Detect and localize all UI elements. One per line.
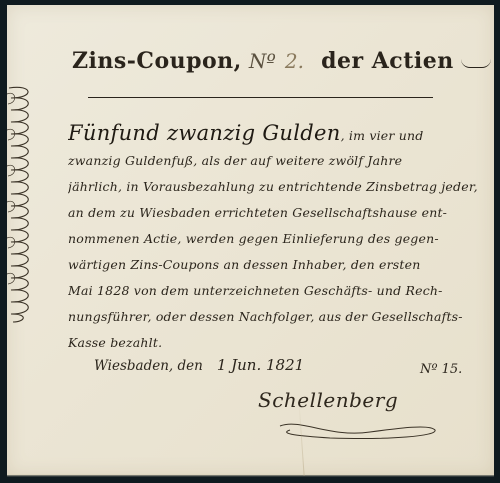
place: Wiesbaden, den <box>94 358 203 374</box>
body-line-text: nungsführer, oder dessen Nachfolger, aus… <box>68 309 463 324</box>
body-line: wärtigen Zins-Coupons an dessen Inhaber,… <box>68 252 478 278</box>
body-line: Fünfund zwanzig Gulden, im vier und <box>68 118 478 148</box>
heading-suffix: der Actien <box>321 48 454 74</box>
body-line: nommenen Actie, werden gegen Einlieferun… <box>68 226 478 252</box>
body-line: Kasse bezahlt. <box>68 330 478 356</box>
body-line-text: Mai 1828 von dem unterzeichneten Geschäf… <box>68 283 443 298</box>
body-line-text: zwanzig Guldenfuß, als der auf weitere z… <box>68 153 402 168</box>
body-line-text: nommenen Actie, werden gegen Einlieferun… <box>68 231 439 246</box>
body-line-text: jährlich, in Vorausbezahlung zu entricht… <box>68 179 478 194</box>
body-line-text: Kasse bezahlt. <box>68 335 162 350</box>
spiral-ornament-border <box>5 84 35 324</box>
heading-underline-rule <box>88 97 433 98</box>
issue-date: 1 Jun. 1821 <box>217 356 304 374</box>
signature: Schellenberg <box>258 388 398 412</box>
body-line: an dem zu Wiesbaden errichteten Gesellsc… <box>68 200 478 226</box>
body-line-text: an dem zu Wiesbaden errichteten Gesellsc… <box>68 205 447 220</box>
place-and-date: Wiesbaden, den1 Jun. 1821 <box>94 356 304 374</box>
coupon-amount: Fünfund zwanzig Gulden <box>68 121 341 145</box>
body-line: zwanzig Guldenfuß, als der auf weitere z… <box>68 148 478 174</box>
body-line-text: , im vier und <box>341 128 424 143</box>
coupon-heading: Zins-Coupon, Nº 2. der Actien <box>72 48 462 74</box>
serial-number: Nº 15. <box>420 362 462 377</box>
signature-flourish-ornament <box>270 420 440 442</box>
heading-number-label: Nº <box>249 49 276 73</box>
coupon-body-text: Fünfund zwanzig Gulden, im vier und zwan… <box>68 118 478 356</box>
heading-title: Zins-Coupon, <box>72 48 242 74</box>
heading-number-value: 2. <box>285 49 304 73</box>
body-line-text: wärtigen Zins-Coupons an dessen Inhaber,… <box>68 257 421 272</box>
body-line: jährlich, in Vorausbezahlung zu entricht… <box>68 174 478 200</box>
paper-bottom-edge <box>7 474 494 477</box>
body-line: nungsführer, oder dessen Nachfolger, aus… <box>68 304 478 330</box>
body-line: Mai 1828 von dem unterzeichneten Geschäf… <box>68 278 478 304</box>
heading-flourish-ornament <box>461 59 491 68</box>
